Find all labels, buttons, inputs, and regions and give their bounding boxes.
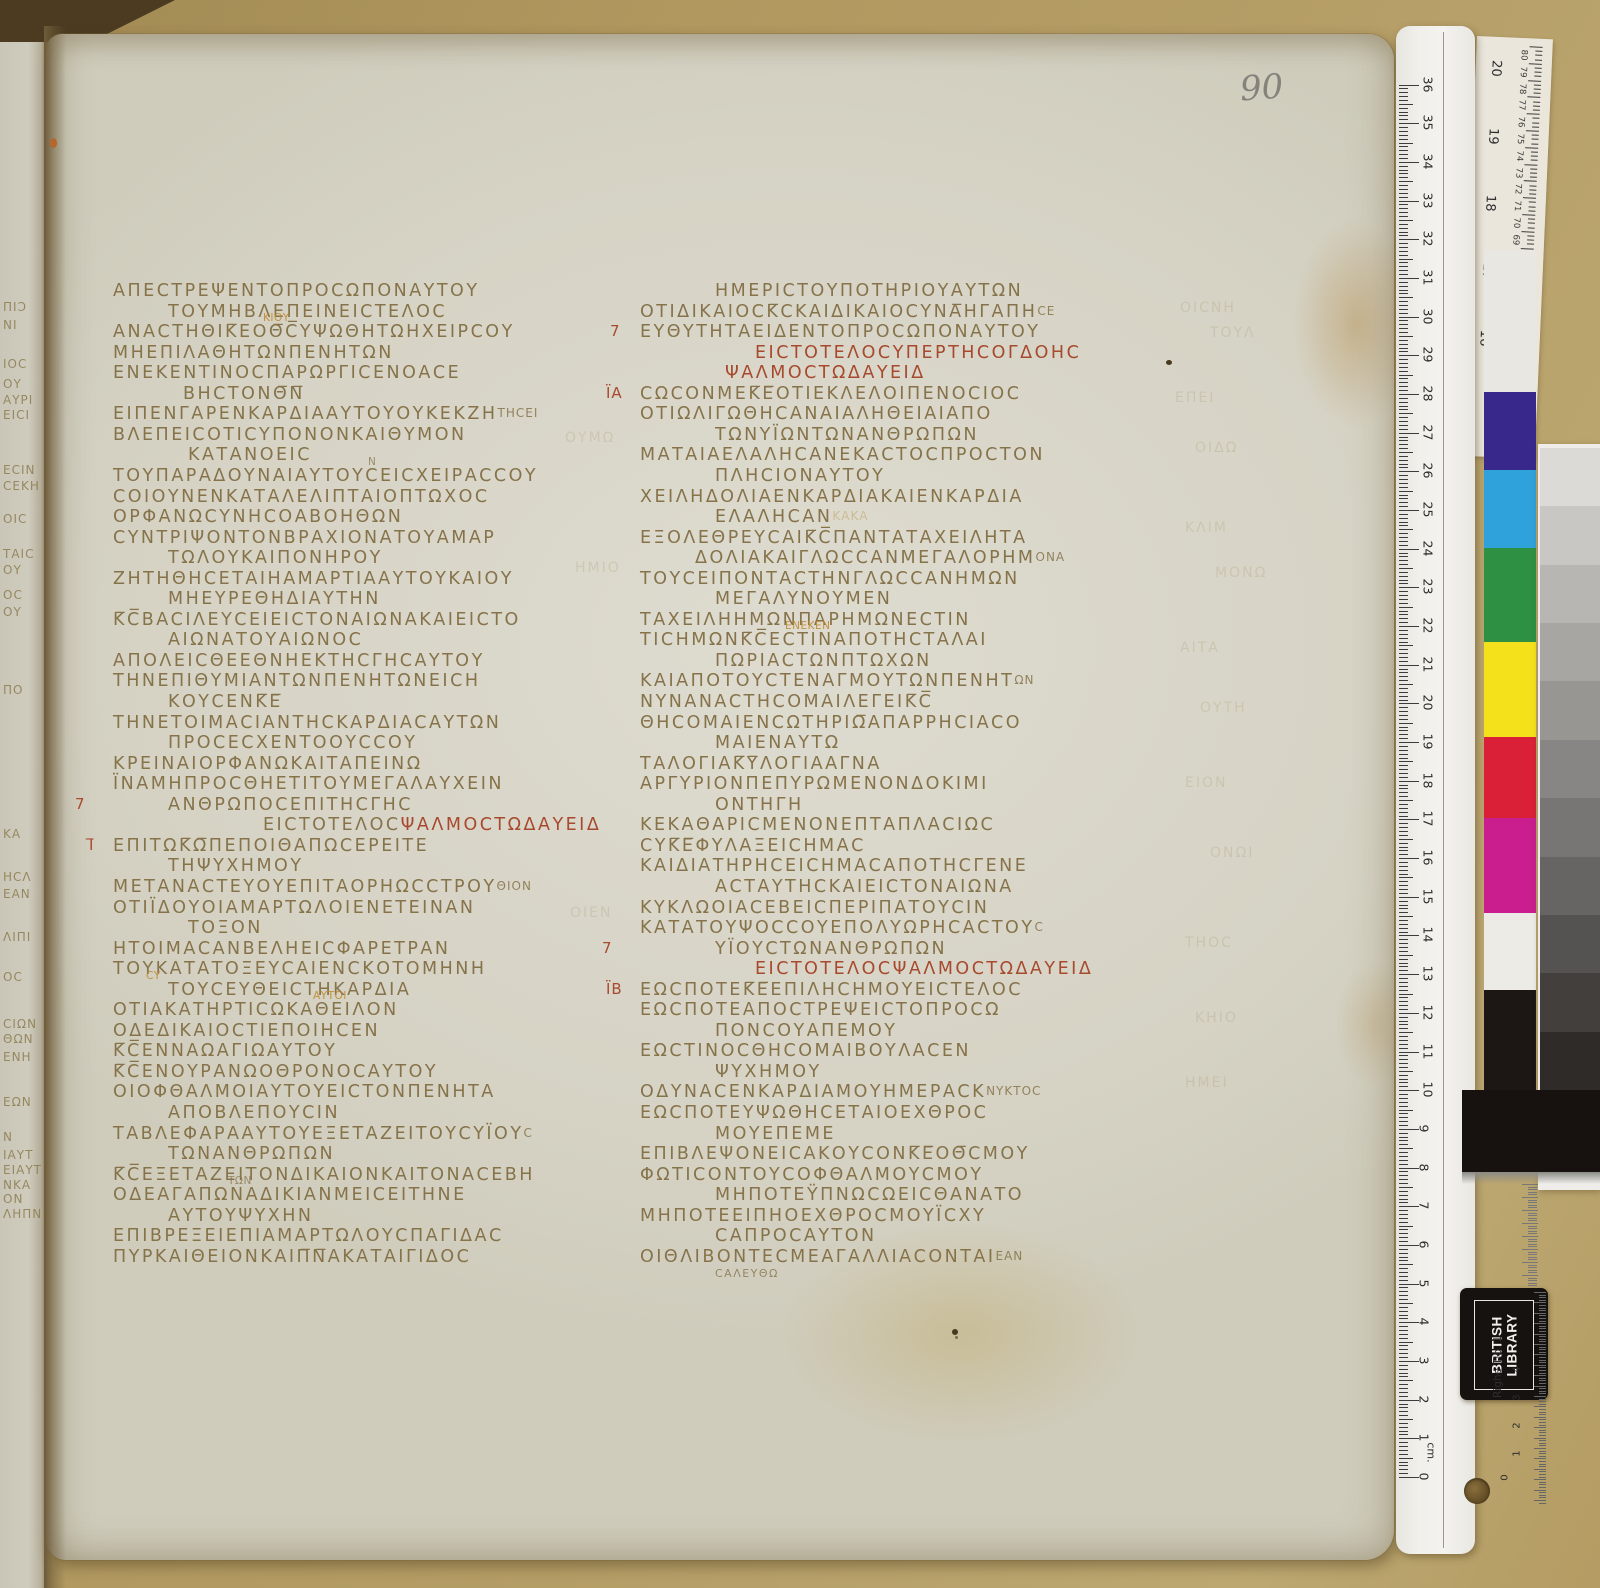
cm-tick xyxy=(1399,1013,1419,1014)
text-line: ΤΟΞΟΝ xyxy=(188,918,263,938)
cm-tick xyxy=(1399,897,1419,898)
text-line: ΚΕΚΑΘΑΡΙCΜΕΝΟΝΕΠΤΑΠΛΑCΙΩC xyxy=(640,815,995,835)
cm-tick xyxy=(1399,916,1413,917)
righe-tick-upper xyxy=(1528,1192,1537,1193)
cm-tick xyxy=(1399,239,1419,240)
cm-tick xyxy=(1399,549,1419,550)
cm-tick xyxy=(1399,661,1408,662)
cm-tick xyxy=(1399,583,1408,584)
cm-tick xyxy=(1399,228,1408,229)
color-patch-indigo xyxy=(1484,392,1536,470)
text-line: ΕΠΙΒΡΕΞΕΙΕΠΙΑΜΑΡΤΩΛΟΥCΠΑΓΙΔΑC xyxy=(113,1226,504,1246)
cm-tick xyxy=(1399,309,1408,310)
cm-tick xyxy=(1399,351,1408,352)
righe-tick xyxy=(1534,1438,1546,1439)
cm-tick xyxy=(1399,1268,1408,1269)
line-end-faint: ΚΑΚΑ xyxy=(832,509,868,523)
text-line: ΒΛΕΠΕΙCΟΤΙCΥΠΟΝΟΝΚΑΙΘΥΜΟΝ xyxy=(113,425,467,445)
cm-tick xyxy=(1399,986,1408,987)
cm-number: 30 xyxy=(1420,308,1435,324)
righe-tick xyxy=(1539,1331,1546,1332)
righe-tick xyxy=(1539,1399,1546,1400)
inch-tick xyxy=(1535,55,1542,56)
cm-tick xyxy=(1399,854,1408,855)
cm-tick xyxy=(1399,1195,1408,1196)
righe-number: 1 xyxy=(1512,1450,1523,1456)
cm-tick xyxy=(1399,607,1413,608)
cm-tick xyxy=(1399,723,1413,724)
text-line: ΕΠΙΒΛΕΨΟΝΕΙCΑΚΟΥCΟΝΚ̅Ε̅ΟΘ̅CΜΟΥ xyxy=(640,1144,1030,1164)
inch-tick xyxy=(1534,76,1541,77)
text-line: ΟΡΦΑΝΩCΥΝΗCΟΑΒΟΗΘΩΝ xyxy=(113,507,403,527)
cm-tick xyxy=(1399,1423,1408,1424)
righe-tick xyxy=(1539,1391,1546,1392)
cm-tick xyxy=(1399,177,1408,178)
showthrough-fragment: ΟΝΩΙ xyxy=(1210,845,1254,861)
righe-tick xyxy=(1539,1487,1546,1488)
cm-tick xyxy=(1399,758,1408,759)
cm-tick xyxy=(1399,375,1413,376)
color-patch-white-low xyxy=(1484,913,1536,990)
cm-tick xyxy=(1399,317,1419,318)
edge-text-fragment: ΠΙϽ xyxy=(3,300,27,314)
inch-tick xyxy=(1533,110,1540,111)
gray-step xyxy=(1540,798,1600,857)
cm-tick xyxy=(1399,827,1408,828)
cm-tick xyxy=(1399,823,1408,824)
marginal-numeral: 7 xyxy=(75,795,86,813)
inch-tick xyxy=(1531,160,1538,161)
righe-tick xyxy=(1534,1406,1546,1407)
cm-tick xyxy=(1399,843,1408,844)
cm-tick xyxy=(1399,901,1408,902)
righe-tick xyxy=(1534,1354,1546,1355)
cm-tick xyxy=(1399,1044,1408,1045)
black-patch-wide xyxy=(1462,1090,1600,1172)
cm-tick xyxy=(1399,847,1408,848)
cm-tick xyxy=(1399,974,1419,975)
text-line: ΑΥΤΟΥΨΥΧΗΝ xyxy=(168,1206,314,1226)
color-patch-green xyxy=(1484,548,1536,642)
showthrough-fragment: ΚΛΙΜ xyxy=(1185,520,1228,536)
cm-tick xyxy=(1399,1465,1408,1466)
cm-tick xyxy=(1399,1318,1408,1319)
cm-tick xyxy=(1399,363,1408,364)
quarter-number: 79 xyxy=(1518,66,1528,77)
righe-tick xyxy=(1539,1412,1546,1413)
cm-tick xyxy=(1399,1148,1413,1149)
cm-tick xyxy=(1399,495,1408,496)
text-line: ΤΑΒΛΕΦΑΡΑΑΥΤΟΥΕΞΕΤΑΖΕΙΤΟΥCΥΪΟΥϹ xyxy=(113,1124,533,1144)
inch-tick xyxy=(1532,118,1539,119)
cm-tick xyxy=(1399,185,1408,186)
cm-number: 1 xyxy=(1416,1434,1431,1442)
cm-tick xyxy=(1399,1024,1408,1025)
cm-tick xyxy=(1399,293,1408,294)
cm-tick xyxy=(1399,808,1408,809)
text-line: Κ̅C̅ΒΑCΙΛΕΥCΕΙΕΙCΤΟΝΑΙΩΝΑΚΑΙΕΙCΤΟ xyxy=(113,610,521,630)
cm-number: 0 xyxy=(1416,1473,1431,1481)
cm-tick xyxy=(1399,529,1413,530)
interlinear-correction: ΚΙΟΥ xyxy=(263,312,290,324)
text-line: ΔΟΛΙΑΚΑΙΓΛΩCCΑΝΜΕΓΑΛΟΡΗΜΟΝΑ xyxy=(695,548,1065,568)
cm-tick xyxy=(1399,1280,1408,1281)
cm-tick xyxy=(1399,278,1419,279)
inch-tick xyxy=(1530,168,1537,169)
inch-tick xyxy=(1534,84,1541,85)
cm-tick xyxy=(1399,247,1408,248)
text-line: ΜΑΤΑΙΑΕΛΑΛΗCΑΝΕΚΑCΤΟCΠΡΟCΤΟΝ xyxy=(640,445,1045,465)
righe-scale-label: Righe Tip. 1 xyxy=(1492,1336,1504,1398)
cm-tick xyxy=(1399,1017,1408,1018)
cm-tick xyxy=(1399,908,1408,909)
marginal-numeral: 7 xyxy=(602,939,613,957)
righe-tick-upper xyxy=(1528,1218,1537,1219)
inch-tick xyxy=(1532,126,1539,127)
cm-tick xyxy=(1399,1021,1408,1022)
text-line: ΕΩCΠΟΤΕΑΠΟCΤΡΕΨΕΙCΤΟΠΡΟCΩ xyxy=(640,1000,1001,1020)
cm-tick xyxy=(1399,819,1419,820)
cm-tick xyxy=(1399,220,1413,221)
righe-zero: 0 xyxy=(1500,1474,1511,1480)
cm-tick xyxy=(1399,800,1413,801)
righe-tick xyxy=(1539,1401,1546,1402)
cm-tick xyxy=(1399,166,1408,167)
text-line: CΟΙΟΥΝΕΝΚΑΤΑΛΕΛΙΠΤΑΙΟΠΤΩΧΟC xyxy=(113,487,490,507)
cm-tick xyxy=(1399,545,1408,546)
cm-tick xyxy=(1399,1376,1408,1377)
righe-tick-upper xyxy=(1528,1194,1537,1195)
cm-tick xyxy=(1399,649,1408,650)
righe-tick xyxy=(1539,1378,1546,1379)
cm-tick xyxy=(1399,835,1408,836)
cm-tick xyxy=(1399,1156,1408,1157)
cm-tick xyxy=(1399,665,1419,666)
text-line: ΕΩCΤΙΝΟCΘΗCΟΜΑΙΒΟΥΛΑCΕΝ xyxy=(640,1041,971,1061)
cm-tick xyxy=(1399,990,1408,991)
inch-tick xyxy=(1530,185,1537,186)
inch-tick xyxy=(1535,59,1542,60)
righe-tick xyxy=(1539,1495,1546,1496)
cm-tick xyxy=(1399,1005,1408,1006)
cm-tick xyxy=(1399,738,1408,739)
cm-tick xyxy=(1399,1199,1408,1200)
cm-tick xyxy=(1399,506,1408,507)
edge-text-fragment: Ν xyxy=(3,1130,13,1144)
cm-number: 29 xyxy=(1420,347,1435,363)
cm-tick xyxy=(1399,448,1408,449)
righe-tick-upper xyxy=(1528,1205,1537,1206)
cm-tick xyxy=(1399,1454,1408,1455)
gray-step xyxy=(1540,565,1600,624)
marginal-numeral: ΪΑ xyxy=(606,384,623,402)
edge-text-fragment: ΟΙC xyxy=(3,512,27,526)
cm-tick xyxy=(1399,150,1408,151)
cm-number: 24 xyxy=(1420,540,1435,556)
text-line: ΤΩΝΑΝΘΡΩΠΩΝ xyxy=(168,1144,335,1164)
text-line: ΕΙCΤΟΤΕΛΟCΥΠΕΡΤΗCΟΓΔΟΗC xyxy=(755,343,1081,363)
cm-tick xyxy=(1399,158,1408,159)
cm-tick xyxy=(1399,96,1408,97)
cm-tick xyxy=(1399,1121,1408,1122)
righe-tick-upper xyxy=(1522,1223,1538,1224)
righe-tick-upper xyxy=(1528,1283,1537,1284)
text-line: ΟΤΙΑΚΑΤΗΡΤΙCΩΚΑΘΕΙΛΟΝΑΥΤΟΙ xyxy=(113,1000,399,1020)
edge-text-fragment: ΙΟC xyxy=(3,357,27,371)
righe-tick xyxy=(1539,1464,1546,1465)
inch-tick xyxy=(1528,223,1535,224)
text-segment: ΕΙCΤΟΤΕΛΟC xyxy=(263,815,401,835)
cm-tick xyxy=(1399,282,1408,283)
cm-number: 12 xyxy=(1420,1004,1435,1020)
cm-tick xyxy=(1399,963,1408,964)
text-line: ΚΑΙΔΙΑΤΗΡΗCΕΙCΗΜΑCΑΠΟΤΗCΓΕΝΕ xyxy=(640,856,1028,876)
cm-tick xyxy=(1399,630,1408,631)
righe-tick-upper xyxy=(1528,1259,1537,1260)
cm-tick xyxy=(1399,143,1413,144)
interlinear-correction: CΥ xyxy=(146,970,161,982)
cm-tick xyxy=(1399,1260,1408,1261)
cm-tick xyxy=(1399,1353,1408,1354)
cm-tick xyxy=(1399,966,1408,967)
showthrough-fragment: ΟΥΜΩ xyxy=(565,430,615,446)
edge-text-fragment: ΟΝ xyxy=(3,1192,23,1206)
cm-tick xyxy=(1399,982,1408,983)
quarter-number: 76 xyxy=(1515,117,1525,128)
righe-tick xyxy=(1534,1313,1546,1314)
cm-tick xyxy=(1399,568,1413,569)
righe-tick xyxy=(1534,1386,1546,1387)
cm-tick xyxy=(1399,108,1408,109)
righe-tick xyxy=(1539,1422,1546,1423)
righe-tick xyxy=(1539,1370,1546,1371)
cm-tick xyxy=(1399,1055,1408,1056)
righe-tick xyxy=(1534,1292,1546,1293)
text-line: ΟΤΙΔΙΚΑΙΟCΚ̅CΚΑΙΔΙΚΑΙΟCΥΝΑ̅ΗΓΑΠΗϹΕ xyxy=(640,302,1055,322)
cm-tick xyxy=(1399,727,1408,728)
cm-tick xyxy=(1399,409,1408,410)
inch-tick xyxy=(1528,210,1535,211)
cm-tick xyxy=(1399,587,1419,588)
righe-tick xyxy=(1534,1375,1546,1376)
cm-tick xyxy=(1399,1311,1408,1312)
cm-tick xyxy=(1399,262,1408,263)
inch-tick xyxy=(1530,177,1537,178)
cm-tick xyxy=(1399,634,1408,635)
cm-tick xyxy=(1399,1113,1408,1114)
gray-step xyxy=(1540,1032,1600,1091)
cm-tick xyxy=(1399,1098,1408,1099)
cm-tick xyxy=(1399,112,1408,113)
cm-tick xyxy=(1399,359,1408,360)
cm-tick xyxy=(1399,232,1408,233)
righe-tick xyxy=(1539,1300,1546,1301)
edge-text-fragment: ΟC xyxy=(3,970,23,984)
cm-tick xyxy=(1399,796,1408,797)
cm-tick xyxy=(1399,618,1408,619)
ruler-divider-line xyxy=(1443,32,1444,1548)
edge-text-fragment: ΛΙΠΙ xyxy=(3,930,31,944)
cm-tick xyxy=(1399,742,1419,743)
cm-number: 11 xyxy=(1420,1043,1435,1059)
cm-tick xyxy=(1399,498,1408,499)
cm-tick xyxy=(1399,1052,1419,1053)
cm-tick xyxy=(1399,320,1408,321)
line-end-small: Ϲ xyxy=(524,1126,533,1140)
cm-tick xyxy=(1399,881,1408,882)
cm-tick xyxy=(1399,464,1408,465)
cm-tick xyxy=(1399,224,1408,225)
cm-tick xyxy=(1399,1226,1413,1227)
cm-tick xyxy=(1399,139,1408,140)
cm-tick xyxy=(1399,173,1408,174)
cm-tick xyxy=(1399,1373,1408,1374)
cm-tick xyxy=(1399,1059,1408,1060)
text-line: ΜΗΠΟΤΕΫΠΝΩCΩΕΙCΘΑΝΑΤΟ xyxy=(715,1185,1024,1205)
edge-text-fragment: ΠΟ xyxy=(3,683,23,697)
text-line: Κ̅C̅ΕΞΕΤΑΖΕΙΤΟΝΔΙΚΑΙΟΝΚΑΙΤΟΝΑCΕΒΗ xyxy=(113,1165,535,1185)
cm-tick xyxy=(1399,599,1408,600)
showthrough-fragment: ΟΙΕΝ xyxy=(570,905,612,921)
righe-tick xyxy=(1539,1409,1546,1410)
righe-tick xyxy=(1539,1474,1546,1475)
cm-tick xyxy=(1399,1345,1408,1346)
ink-speck xyxy=(955,1336,958,1339)
cm-tick xyxy=(1399,460,1408,461)
cm-tick xyxy=(1399,746,1408,747)
cm-tick xyxy=(1399,1357,1408,1358)
text-line: ΜΑΙΕΝΑΥΤΩ xyxy=(715,733,841,753)
righe-tick xyxy=(1539,1326,1546,1327)
text-line: CΑΠΡΟCΑΥΤΟΝ xyxy=(715,1226,877,1246)
cm-tick xyxy=(1399,425,1408,426)
righe-tick xyxy=(1539,1388,1546,1389)
cm-tick xyxy=(1399,994,1413,995)
cm-tick xyxy=(1399,154,1408,155)
cm-tick xyxy=(1399,920,1408,921)
text-line: ΚΑΙΑΠΟΤΟΥCΤΕΝΑΓΜΟΥΤΩΝΠΕΝΗΤΩΝ xyxy=(640,671,1034,691)
cm-tick xyxy=(1399,433,1419,434)
cm-tick xyxy=(1399,1106,1408,1107)
cm-tick xyxy=(1399,270,1408,271)
line-end-small: ΝΥΚΤΟϹ xyxy=(986,1084,1041,1098)
line-end-small: ΟΝΑ xyxy=(1036,550,1066,564)
text-line: ΟΝΤΗΓΗ xyxy=(715,795,804,815)
cm-number: 25 xyxy=(1420,502,1435,518)
text-line: ΕΙΠΕΝΓΑΡΕΝΚΑΡΔΙΑΑΥΤΟΥΟΥΚΕΚΖΗΤΗϹΕΙ xyxy=(113,404,538,424)
cm-tick xyxy=(1399,305,1408,306)
edge-text-fragment: ΘΩΝ xyxy=(3,1032,34,1046)
cm-tick xyxy=(1399,1365,1408,1366)
cm-tick xyxy=(1399,1462,1408,1463)
inch-tick xyxy=(1531,156,1538,157)
cm-tick xyxy=(1399,576,1408,577)
righe-tick-upper xyxy=(1528,1280,1537,1281)
edge-text-fragment: ΝΚΑ xyxy=(3,1178,31,1192)
marginal-numeral: 7 xyxy=(610,322,621,340)
cm-tick xyxy=(1399,1222,1408,1223)
color-patch-white-top xyxy=(1484,250,1536,392)
cm-tick xyxy=(1399,104,1413,105)
cm-tick xyxy=(1399,572,1408,573)
cm-tick xyxy=(1399,290,1408,291)
showthrough-fragment: ΗΜΙΟ xyxy=(575,560,621,576)
cm-tick xyxy=(1399,1411,1408,1412)
cm-tick xyxy=(1399,437,1408,438)
cm-tick xyxy=(1399,769,1408,770)
righe-tick-upper xyxy=(1528,1254,1537,1255)
righe-tick xyxy=(1534,1448,1546,1449)
righe-tick xyxy=(1539,1362,1546,1363)
cm-tick xyxy=(1399,1183,1408,1184)
cm-tick xyxy=(1399,1431,1408,1432)
cm-tick xyxy=(1399,1137,1408,1138)
cm-tick xyxy=(1399,785,1408,786)
cm-number: 2 xyxy=(1416,1395,1431,1403)
cm-tick xyxy=(1399,885,1408,886)
righe-tick xyxy=(1539,1482,1546,1483)
text-line: ΕΛΑΛΗCΑΝΚΑΚΑ xyxy=(715,507,869,527)
gray-step xyxy=(1540,857,1600,916)
cm-tick xyxy=(1399,935,1419,936)
righe-tick-upper xyxy=(1528,1246,1537,1247)
cm-tick xyxy=(1399,1086,1408,1087)
cm-tick xyxy=(1399,947,1408,948)
cm-tick xyxy=(1399,614,1408,615)
righe-tick xyxy=(1539,1432,1546,1433)
cm-tick xyxy=(1399,1082,1408,1083)
cm-tick xyxy=(1399,1458,1413,1459)
showthrough-fragment: ΟΙϹΝΗ xyxy=(1180,300,1236,316)
cm-tick xyxy=(1399,1160,1408,1161)
text-segment: ΨΑΛΜΟCΤΩΔΑΥΕΙΔ xyxy=(401,815,602,835)
cm-tick xyxy=(1399,1140,1408,1141)
line-end-small: ΘΙΟΝ xyxy=(497,879,532,893)
cm-tick xyxy=(1399,286,1408,287)
text-line: ΚΥΚΛΩΟΙΑCΕΒΕΙCΠΕΡΙΠΑΤΟΥCΙΝ xyxy=(640,898,989,918)
cm-tick xyxy=(1399,332,1408,333)
righe-tick-upper xyxy=(1528,1200,1537,1201)
cm-tick xyxy=(1399,119,1408,120)
cm-tick xyxy=(1399,197,1408,198)
inch-tick xyxy=(1527,235,1534,236)
cm-tick xyxy=(1399,518,1408,519)
cm-tick xyxy=(1399,1396,1408,1397)
righe-tick-upper xyxy=(1528,1241,1537,1242)
cm-tick xyxy=(1399,406,1408,407)
cm-tick xyxy=(1399,444,1408,445)
text-line: CΩCΟΝΜΕΚ̅Ε̅ΟΤΙΕΚΛΕΛΟΙΠΕΝΟCΙΟCΪΑ xyxy=(640,384,1021,404)
cm-tick xyxy=(1399,1171,1408,1172)
cm-tick xyxy=(1399,754,1408,755)
edge-text-fragment: ΤΑΙC xyxy=(3,547,34,561)
cm-tick xyxy=(1399,939,1408,940)
cm-tick xyxy=(1399,378,1408,379)
cm-tick xyxy=(1399,297,1413,298)
righe-tick-upper xyxy=(1528,1239,1537,1240)
cm-tick xyxy=(1399,371,1408,372)
text-line: ΑΠΟΒΛΕΠΟΥCΙΝ xyxy=(168,1103,340,1123)
cm-tick xyxy=(1399,1264,1413,1265)
cm-tick xyxy=(1399,1110,1413,1111)
righe-tick xyxy=(1539,1352,1546,1353)
cm-tick xyxy=(1399,696,1408,697)
text-line: ΒΗCΤΟΝΘ̅Ν̅ xyxy=(183,384,305,404)
cm-tick xyxy=(1399,1202,1408,1203)
cm-tick xyxy=(1399,1342,1413,1343)
cm-tick xyxy=(1399,1369,1408,1370)
inch-tick xyxy=(1532,135,1539,136)
